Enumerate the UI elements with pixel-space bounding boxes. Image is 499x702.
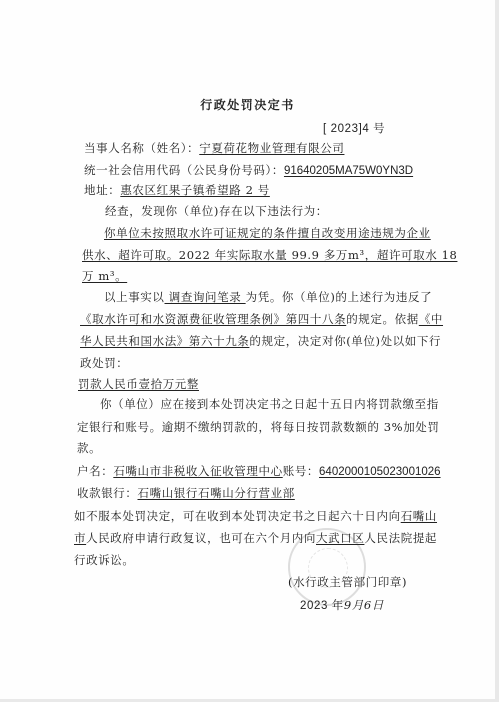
seal-note: (水行政主管部门印章) xyxy=(288,574,407,590)
appeal-line-2: 市人民政府申请行政复议，也可在六个月内向大武口区人民法院提起 xyxy=(74,530,437,546)
payment-line-2: 定银行和账号。逾期不缴纳罚款的，将每日按罚款数额的 3%加处罚 xyxy=(77,419,440,435)
penalty-amount: 罚款人民币壹拾万元整 xyxy=(78,376,199,392)
address-row: 地址：惠农区红果子镇希望路 2 号 xyxy=(84,182,270,198)
evidence-prefix: 以上事实以 xyxy=(104,290,165,304)
date-year: 2023 年 xyxy=(300,600,344,612)
date-handwritten: 9月6日 xyxy=(344,598,384,612)
credit-code-row: 统一社会信用代码（公民身份号码）：91640205MA75W0YN3D xyxy=(84,162,413,179)
law-line-3: 政处罚： xyxy=(80,355,128,371)
payment-line-3: 款。 xyxy=(77,440,101,456)
law-regulation: 《取水许可和水资源费征收管理条例》第四十八条 xyxy=(80,312,346,326)
account-name-value: 石嘴山市非税收入征收管理中心 xyxy=(113,464,282,478)
document-number: [ 2023]4 号 xyxy=(323,121,385,137)
findings-intro: 经查，发现你（单位)存在以下违法行为： xyxy=(105,203,328,219)
bank-label: 收款银行： xyxy=(77,486,138,500)
document-title: 行政处罚决定书 xyxy=(0,96,495,113)
violation-line-3: 万 m³。 xyxy=(82,268,127,284)
address-value: 惠农区红果子镇希望路 2 号 xyxy=(120,183,270,197)
appeal-line-1: 如不服本处罚决定，可在收到本处罚决定书之日起六十日内向石嘴山 xyxy=(74,508,437,524)
document-page: 行政处罚决定书 [ 2023]4 号 当事人名称（姓名）：宁夏荷花物业管理有限公… xyxy=(0,0,495,699)
evidence-suffix: 为凭。你（单位)的上述行为违反了 xyxy=(246,290,433,304)
law-water-act: 华人民共和国水法》第六十九条 xyxy=(80,334,249,348)
decision-date: 2023 年9月6日 xyxy=(300,597,384,614)
account-row: 户名：石嘴山市非税收入征收管理中心账号：6402000105023001026 xyxy=(77,463,441,480)
address-label: 地址： xyxy=(84,183,120,197)
party-label: 当事人名称（姓名）： xyxy=(84,141,199,155)
account-name-label: 户名： xyxy=(77,464,113,478)
evidence-row: 以上事实以 调查询问笔录 为凭。你（单位)的上述行为违反了 xyxy=(104,289,432,305)
violation-line-1: 你单位未按照取水许可证规定的条件擅自改变用途违规为企业 xyxy=(104,225,431,241)
appeal-court-district: 大武口区 xyxy=(316,531,364,545)
appeal-line-3: 行政诉讼。 xyxy=(74,552,135,568)
account-no-label: 账号： xyxy=(283,464,319,478)
party-row: 当事人名称（姓名）：宁夏荷花物业管理有限公司 xyxy=(84,140,344,156)
law-line-1-text: 的规定。依据 xyxy=(346,312,419,326)
account-no-value: 6402000105023001026 xyxy=(319,466,441,478)
law-line-1: 《取水许可和水资源费征收管理条例》第四十八条的规定。依据《中 xyxy=(80,311,443,327)
party-value: 宁夏荷花物业管理有限公司 xyxy=(199,141,344,155)
appeal-line-1-text: 如不服本处罚决定，可在收到本处罚决定书之日起六十日内向 xyxy=(74,509,401,523)
law-line-2: 华人民共和国水法》第六十九条的规定，决定对你(单位)处以如下行 xyxy=(80,333,441,349)
appeal-line-2-text: 人民政府申请行政复议，也可在六个月内向 xyxy=(86,531,316,545)
credit-code-value: 91640205MA75W0YN3D xyxy=(284,165,413,177)
appeal-line-2-rest: 人民法院提起 xyxy=(364,531,437,545)
bank-value: 石嘴山银行石嘴山分行营业部 xyxy=(138,486,295,500)
appeal-government: 石嘴山 xyxy=(401,509,437,523)
appeal-government-end: 市 xyxy=(74,531,86,545)
violation-line-2: 供水、超许可取。2022 年实际取水量 99.9 多万m³，超许可取水 18 xyxy=(82,247,457,263)
payment-line-1: 你（单位）应在接到本处罚决定书之日起十五日内将罚款缴至指 xyxy=(100,396,439,412)
law-line-2-text: 的规定，决定对你(单位)处以如下行 xyxy=(249,334,441,348)
evidence-value: 调查询问笔录 xyxy=(165,290,246,304)
law-water-act-start: 《中 xyxy=(419,312,443,326)
bank-row: 收款银行：石嘴山银行石嘴山分行营业部 xyxy=(77,485,295,501)
credit-code-label: 统一社会信用代码（公民身份号码）： xyxy=(84,163,284,177)
